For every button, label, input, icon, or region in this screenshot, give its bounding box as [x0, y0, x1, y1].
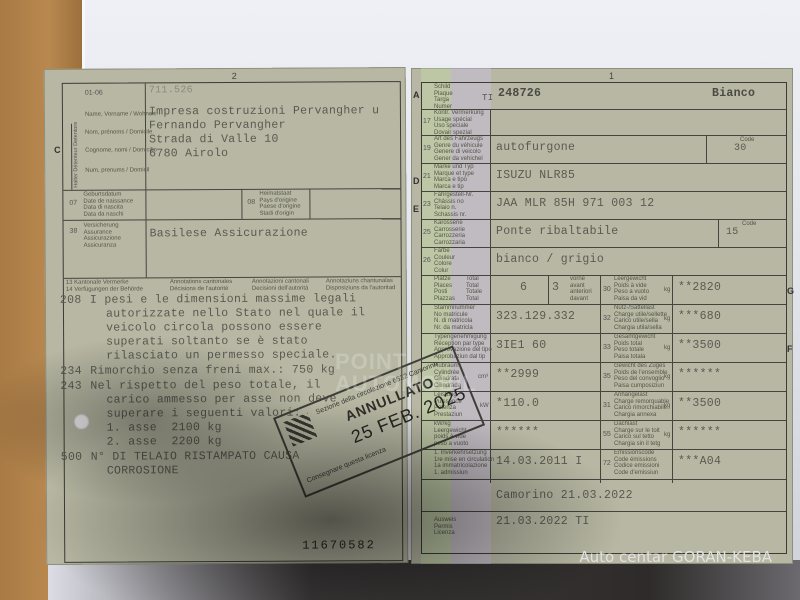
weight-labels: Nutz-/Sattellast Charge utile/sellette C… [614, 305, 667, 331]
weight-code: 55 [603, 431, 611, 438]
remark-line: Nel rispetto del peso totale, il [90, 379, 321, 393]
holder-number: 711.526 [149, 85, 193, 96]
issued-labels: Ausweis Permis Licenza [434, 517, 456, 537]
dealer-watermark: POINT AUTOMOBIL [335, 351, 477, 395]
row-place-date: Camorino 21.03.2022 [422, 483, 786, 512]
vehicle-type-labels: Art des Fahrzeugs Genre du véhicule Gene… [434, 136, 483, 162]
row-plate: Schild Plaque Targa Numer TI 248726 Bian… [422, 83, 786, 110]
row-chassis: 23 Fahrgestell-Nr. Châssis no Telaio n. … [422, 191, 786, 220]
row-type-number: Stammnummer No matricule N. di matricola… [422, 304, 786, 334]
birth-labels: Geburtsdatum Date de naissance Data di n… [83, 191, 133, 217]
remarks-header-col2: Annotations cantonales Décisions de l'au… [170, 279, 232, 292]
power-weight-value: ****** [496, 426, 539, 439]
chassis-code: 23 [423, 201, 431, 208]
remark-line: autorizzate nello Stato nel quale il [106, 306, 365, 320]
weight-code: 72 [603, 460, 611, 467]
remark-code: 234 [60, 365, 82, 378]
remarks-header-col1: 13 Kantonale Vermerke 14 Verfügungen der… [66, 279, 143, 292]
right-page-frame: Schild Plaque Targa Numer TI 248726 Bian… [421, 82, 787, 554]
body-code-value: 15 [726, 227, 739, 238]
body-code: 25 [423, 229, 431, 236]
remark-code: 500 [61, 451, 83, 464]
vehicle-type-value: autofurgone [496, 141, 575, 154]
vehicle-type-code: 19 [423, 145, 431, 152]
remark-line: Rimorchio senza freni max.: 750 kg [90, 363, 335, 377]
weight-code: 35 [603, 373, 611, 380]
remark-line: N° DI TELAIO RISTAMPATO CAUSA [91, 450, 300, 464]
seats-total: 6 [520, 281, 527, 294]
chassis-value: JAA MLR 85H 971 003 12 [496, 197, 654, 210]
origin-labels: Heimatstaat Pays d'origine Paese d'origi… [259, 191, 300, 217]
roof-load-value: ****** [678, 426, 721, 439]
chassis-labels: Fahrgestell-Nr. Châssis no Telaio n. Sch… [434, 192, 473, 218]
side-letter-f: F [787, 344, 793, 354]
plate-color: Bianco [712, 87, 755, 100]
first-registration-value: 14.03.2011 I [496, 455, 582, 468]
row-make-model: 21 Marke und Typ Marque et type Marca e … [422, 163, 786, 192]
remark-line: CORROSIONE [107, 464, 179, 477]
type-number-value: 323.129.332 [496, 310, 575, 323]
weight-unit: kg [664, 374, 670, 381]
issued-value: 21.03.2022 TI [496, 515, 590, 528]
holder-code: 01-06 [85, 90, 103, 97]
insurance-code: 38 [70, 228, 78, 235]
remark-line: carico ammesso per asse non deve [106, 392, 337, 406]
payload-value: ***680 [678, 310, 721, 323]
weight-labels: Gewicht des Zuges Poids de l'ensemble Pe… [614, 363, 668, 389]
holder-label-2: Nom, prénoms / Domicile [85, 129, 152, 136]
left-page-frame: Halter Détenteur Detentore 01-06 Name, V… [62, 81, 404, 563]
remark-code: 243 [60, 380, 82, 393]
weight-code: 31 [603, 402, 611, 409]
watermark-line-1: POINT [335, 351, 477, 373]
body-value: Ponte ribaltabile [496, 225, 618, 238]
first-registration-labels: 1. Inverkehrsetzung 1re mise en circulat… [434, 450, 494, 476]
remarks-header-col3: Annotazioni cantonali Decisioni dell'aut… [252, 279, 309, 292]
punch-hole [74, 414, 90, 430]
color-value: bianco / grigio [496, 253, 604, 266]
holder-label-3: Cognome, nomi / Domicilio [85, 147, 157, 154]
birth-code: 07 [69, 200, 77, 207]
seats-front: 3 [552, 281, 559, 294]
remark-line: I pesi e le dimensioni massime legali [90, 292, 357, 306]
holder-label-1: Name, Vorname / Wohnort [85, 111, 156, 118]
type-number-labels: Stammnummer No matricule N. di matricola… [434, 305, 475, 331]
photo-credit: Auto centar GORAN-KEBA [579, 548, 772, 566]
row-vehicle-type: 19 Art des Fahrzeugs Genre du véhicule G… [422, 135, 786, 164]
type-approval-value: 3IE1 60 [496, 339, 546, 352]
color-labels: Farbe Couleur Colore Colur [434, 248, 455, 274]
insurance-row: 38 Versicherung Assurance Assicurazione … [63, 218, 400, 279]
birth-origin-row: 07 Geburtsdatum Date de naissance Data d… [63, 188, 400, 221]
power-value: *110.0 [496, 397, 539, 410]
side-letter-d: D [413, 176, 420, 186]
insurance-labels: Versicherung Assurance Assicurazione Ass… [84, 223, 121, 249]
side-letter-g: G [787, 286, 794, 296]
left-page-number: 2 [232, 71, 237, 81]
weight-code: 30 [603, 286, 611, 293]
weight-labels: Dachlast Charge sur le toit Carico sul t… [614, 421, 660, 447]
remark-line: 2. asse 2200 kg [107, 435, 222, 449]
right-page: 1 A D E G F Schild Plaque Targa Numer TI… [411, 68, 793, 564]
row-color: 26 Farbe Couleur Colore Colur bianco / g… [422, 247, 786, 276]
right-page-number: 1 [609, 71, 614, 81]
empty-weight-value: **2820 [678, 281, 721, 294]
remarks-header-col4: Annotaziuns chantunalas Disposiziuns da … [326, 278, 396, 291]
towing-weight-value: **3500 [678, 397, 721, 410]
remark-line: superare i seguenti valori: [106, 407, 301, 421]
canton-logo-icon [283, 413, 317, 447]
plate-number: 248726 [498, 87, 541, 100]
weight-unit: kg [664, 403, 670, 410]
row-body: 25 Karosserie Carrosserie Carrozzeria Ca… [422, 219, 786, 248]
origin-code: 08 [247, 199, 255, 206]
power-unit: kW [480, 403, 489, 410]
holder-line-4: 6780 Airolo [149, 147, 228, 160]
make-code: 21 [423, 173, 431, 180]
weight-code: 33 [603, 344, 611, 351]
holder-vertical-label: Halter Détenteur Detentore [73, 122, 79, 188]
remark-line: rilasciato un permesso speciale. [106, 348, 337, 362]
weight-unit: kg [664, 345, 670, 352]
row-special-use: 17 Kontr. Vermerkung Usage spécial Uso s… [422, 109, 786, 136]
row-issued: Ausweis Permis Licenza 21.03.2022 TI [422, 511, 786, 551]
total-weight-value: **3500 [678, 339, 721, 352]
seats-front-label: vorne avant anteriori davant [570, 276, 592, 302]
vehicle-registration-booklet: 2 C Halter Détenteur Detentore 01-06 Nam… [45, 68, 790, 568]
remark-line: veicolo circola possono essere [106, 320, 322, 334]
special-use-code: 17 [423, 118, 431, 125]
holder-section: Halter Détenteur Detentore 01-06 Name, V… [63, 82, 401, 191]
weight-unit: kg [664, 432, 670, 439]
watermark-line-2: AUTOMOBIL [335, 373, 477, 395]
serial-number: 11670582 [302, 538, 376, 552]
seats-labels: Plätze Places Posti Plazzas [434, 276, 455, 302]
color-code: 26 [423, 257, 431, 264]
left-page: 2 C Halter Détenteur Detentore 01-06 Nam… [44, 67, 409, 565]
remark-code: 208 [60, 294, 82, 307]
make-labels: Marke und Typ Marque et type Marca e tip… [434, 164, 474, 190]
insurance-value: Basilese Assicurazione [150, 227, 309, 241]
displacement-unit: cm³ [478, 374, 488, 381]
vehicle-type-code-value: 30 [734, 143, 747, 154]
holder-line-1: Impresa costruzioni Pervangher u [149, 104, 380, 118]
place-date-value: Camorino 21.03.2022 [496, 489, 633, 502]
side-letter-a: A [413, 90, 420, 100]
holder-line-2: Fernando Pervangher [149, 119, 286, 133]
weight-labels: Anhängelast Charge remorquable Carico ri… [614, 392, 669, 418]
side-letter-e: E [413, 204, 419, 214]
train-weight-value: ****** [678, 368, 721, 381]
emission-code-value: ***A04 [678, 455, 721, 468]
weight-unit: kg [664, 316, 670, 323]
row-first-registration: 1. Inverkehrsetzung 1re mise en circulat… [422, 449, 786, 480]
body-code-label: Code [742, 221, 756, 228]
weight-code: 32 [603, 315, 611, 322]
displacement-value: **2999 [496, 368, 539, 381]
weight-labels: Gesamtgewicht Poids total Peso totale Pa… [614, 334, 655, 360]
weight-labels: Emissionscode Code émissions Codice emis… [614, 450, 659, 476]
holder-line-3: Strada di Valle 10 [149, 133, 279, 147]
plate-prefix: TI [482, 93, 493, 103]
holder-label-4: Num, prenums / Domicil [85, 167, 149, 174]
side-letter-c: C [54, 145, 61, 155]
make-value: ISUZU NLR85 [496, 169, 575, 182]
seats-sub-labels: Total Total Totale Total [466, 276, 482, 302]
row-seats: Plätze Places Posti Plazzas Total Total … [422, 275, 786, 305]
weight-labels: Leergewicht Poids à vide Peso a vuoto Pa… [614, 276, 649, 302]
plate-labels: Schild Plaque Targa Numer [434, 84, 453, 110]
weight-unit: kg [664, 287, 670, 294]
remark-line: 1. asse 2100 kg [107, 421, 222, 435]
special-use-labels: Kontr. Vermerkung Usage spécial Uso spec… [434, 110, 484, 136]
body-labels: Karosserie Carrosserie Carrozzeria Carro… [434, 220, 465, 246]
remark-line: superati soltanto se è stato [106, 335, 308, 349]
